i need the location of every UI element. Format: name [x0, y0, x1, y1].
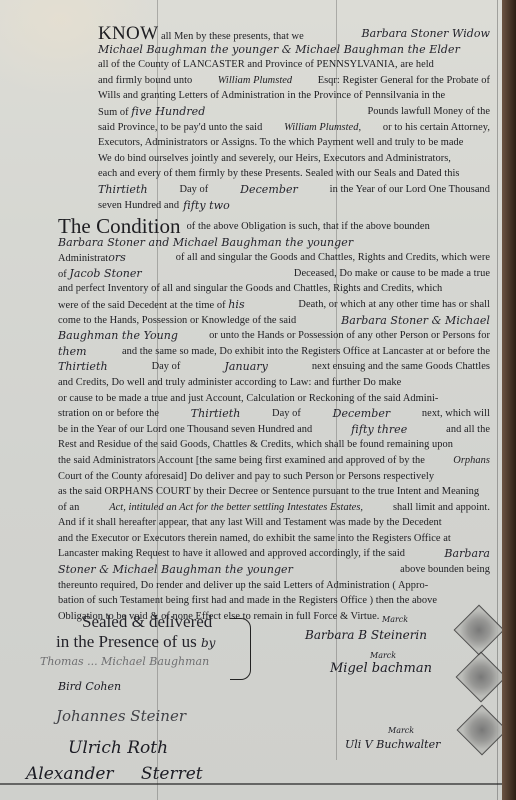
principals-handwriting: Barbara Stoner Widow	[362, 26, 490, 42]
condition-line-6: were of the said Decedent at the time of…	[58, 297, 490, 313]
condition-line-19: of an Act, intituled an Act for the bett…	[58, 500, 490, 516]
condition-line-22: Lancaster making Request to have it allo…	[58, 546, 490, 562]
condition-line-23: Stoner & Michael Baughman the younger ab…	[58, 562, 490, 578]
signer-mark-label-1: Marck	[382, 615, 408, 624]
signature-bracket	[230, 618, 251, 680]
witness-signature-1: Thomas ... Michael Baughman	[40, 655, 209, 668]
signer-mark-label-3: Marck	[388, 726, 414, 735]
condition-line-16: the said Administrators Account [the sam…	[58, 453, 490, 469]
bond-line-3: all of the County of LANCASTER and Provi…	[98, 57, 490, 73]
condition-line-12: or cause to be made a true and just Acco…	[58, 391, 490, 407]
bond-line-7: said Province, to be pay'd unto the said…	[98, 120, 490, 136]
bond-line-1: KNOW all Men by these presents, that we …	[98, 26, 490, 42]
witness-signature-3: Johannes Steiner	[56, 707, 186, 725]
bond-line-8: Executors, Administrators or Assigns. To…	[98, 135, 490, 151]
know-heading: KNOW	[98, 26, 158, 41]
condition-line-14: be in the Year of our Lord one Thousand …	[58, 422, 490, 438]
condition-line-9: them and the same so made, Do exhibit in…	[58, 344, 490, 360]
condition-line-13: stration on or before the Thirtieth Day …	[58, 406, 490, 422]
signer-signature-3: Uli V Buchwalter	[345, 738, 440, 751]
condition-heading: The Condition	[58, 219, 181, 235]
decedent-name: Jacob Stoner	[69, 266, 141, 282]
date-year: fifty two	[183, 198, 230, 214]
condition-line-2: Barbara Stoner and Michael Baughman the …	[58, 235, 490, 251]
bond-line-9: We do bind ourselves jointly and severel…	[98, 151, 490, 167]
bond-line-10: each and every of them firmly by these P…	[98, 166, 490, 182]
date-day: Thirtieth	[98, 182, 148, 198]
witness-signature-2: Bird Cohen	[58, 680, 121, 693]
condition-line-17: Court of the County aforesaid] Do delive…	[58, 469, 490, 485]
condition-line-8: Baughman the Young or unto the Hands or …	[58, 328, 490, 344]
condition-line-24: thereunto required, Do render and delive…	[58, 578, 490, 594]
sealed-delivered-heading: Sealed & delivered in the Presence of us…	[56, 612, 215, 653]
bond-paragraph: KNOW all Men by these presents, that we …	[98, 26, 490, 213]
condition-line-21: and the Executor or Executors therein na…	[58, 531, 490, 547]
condition-line-20: And if it shall hereafter appear, that a…	[58, 515, 490, 531]
signer-signature-2: Migel bachman	[330, 661, 432, 676]
condition-paragraph: The Condition of the above Obligation is…	[58, 219, 490, 624]
condition-line-4: of Jacob Stoner Deceased, Do make or cau…	[58, 266, 490, 282]
condition-line-3: Administrators of all and singular the G…	[58, 250, 490, 266]
condition-line-15: Rest and Residue of the said Goods, Chat…	[58, 437, 490, 453]
condition-line-1: The Condition of the above Obligation is…	[58, 219, 490, 235]
condition-line-25: bation of such Testament being first had…	[58, 593, 490, 609]
bond-line-12: seven Hundred and fifty two	[98, 198, 490, 214]
condition-line-5: and perfect Inventory of all and singula…	[58, 281, 490, 297]
wax-seal-2	[456, 652, 503, 703]
bond-line-5: Wills and granting Letters of Administra…	[98, 88, 490, 104]
bond-line-4: and firmly bound unto William Plumsted E…	[98, 73, 490, 89]
signer-signature-1: Barbara B Steinerin	[305, 628, 427, 642]
bond-line-11: Thirtieth Day of December in the Year of…	[98, 182, 490, 198]
condition-line-18: as the said ORPHANS COURT by their Decre…	[58, 484, 490, 500]
bond-line-6: Sum of five Hundred Pounds lawfull Money…	[98, 104, 490, 120]
bond-line-2: Michael Baughman the younger & Michael B…	[98, 42, 490, 58]
bond-sum: five Hundred	[131, 104, 205, 120]
condition-line-10: Thirtieth Day of January next ensuing an…	[58, 359, 490, 375]
condition-line-11: and Credits, Do well and truly administe…	[58, 375, 490, 391]
witness-signature-4: Ulrich Roth	[68, 738, 168, 758]
date-month: December	[240, 182, 298, 198]
witness-signature-5: Alexander Sterret	[26, 764, 203, 784]
wood-background-edge	[502, 0, 516, 800]
scanned-bond-document: KNOW all Men by these presents, that we …	[0, 0, 503, 800]
signer-mark-label-2: Marck	[370, 651, 396, 660]
condition-line-7: come to the Hands, Possession or Knowled…	[58, 313, 490, 329]
